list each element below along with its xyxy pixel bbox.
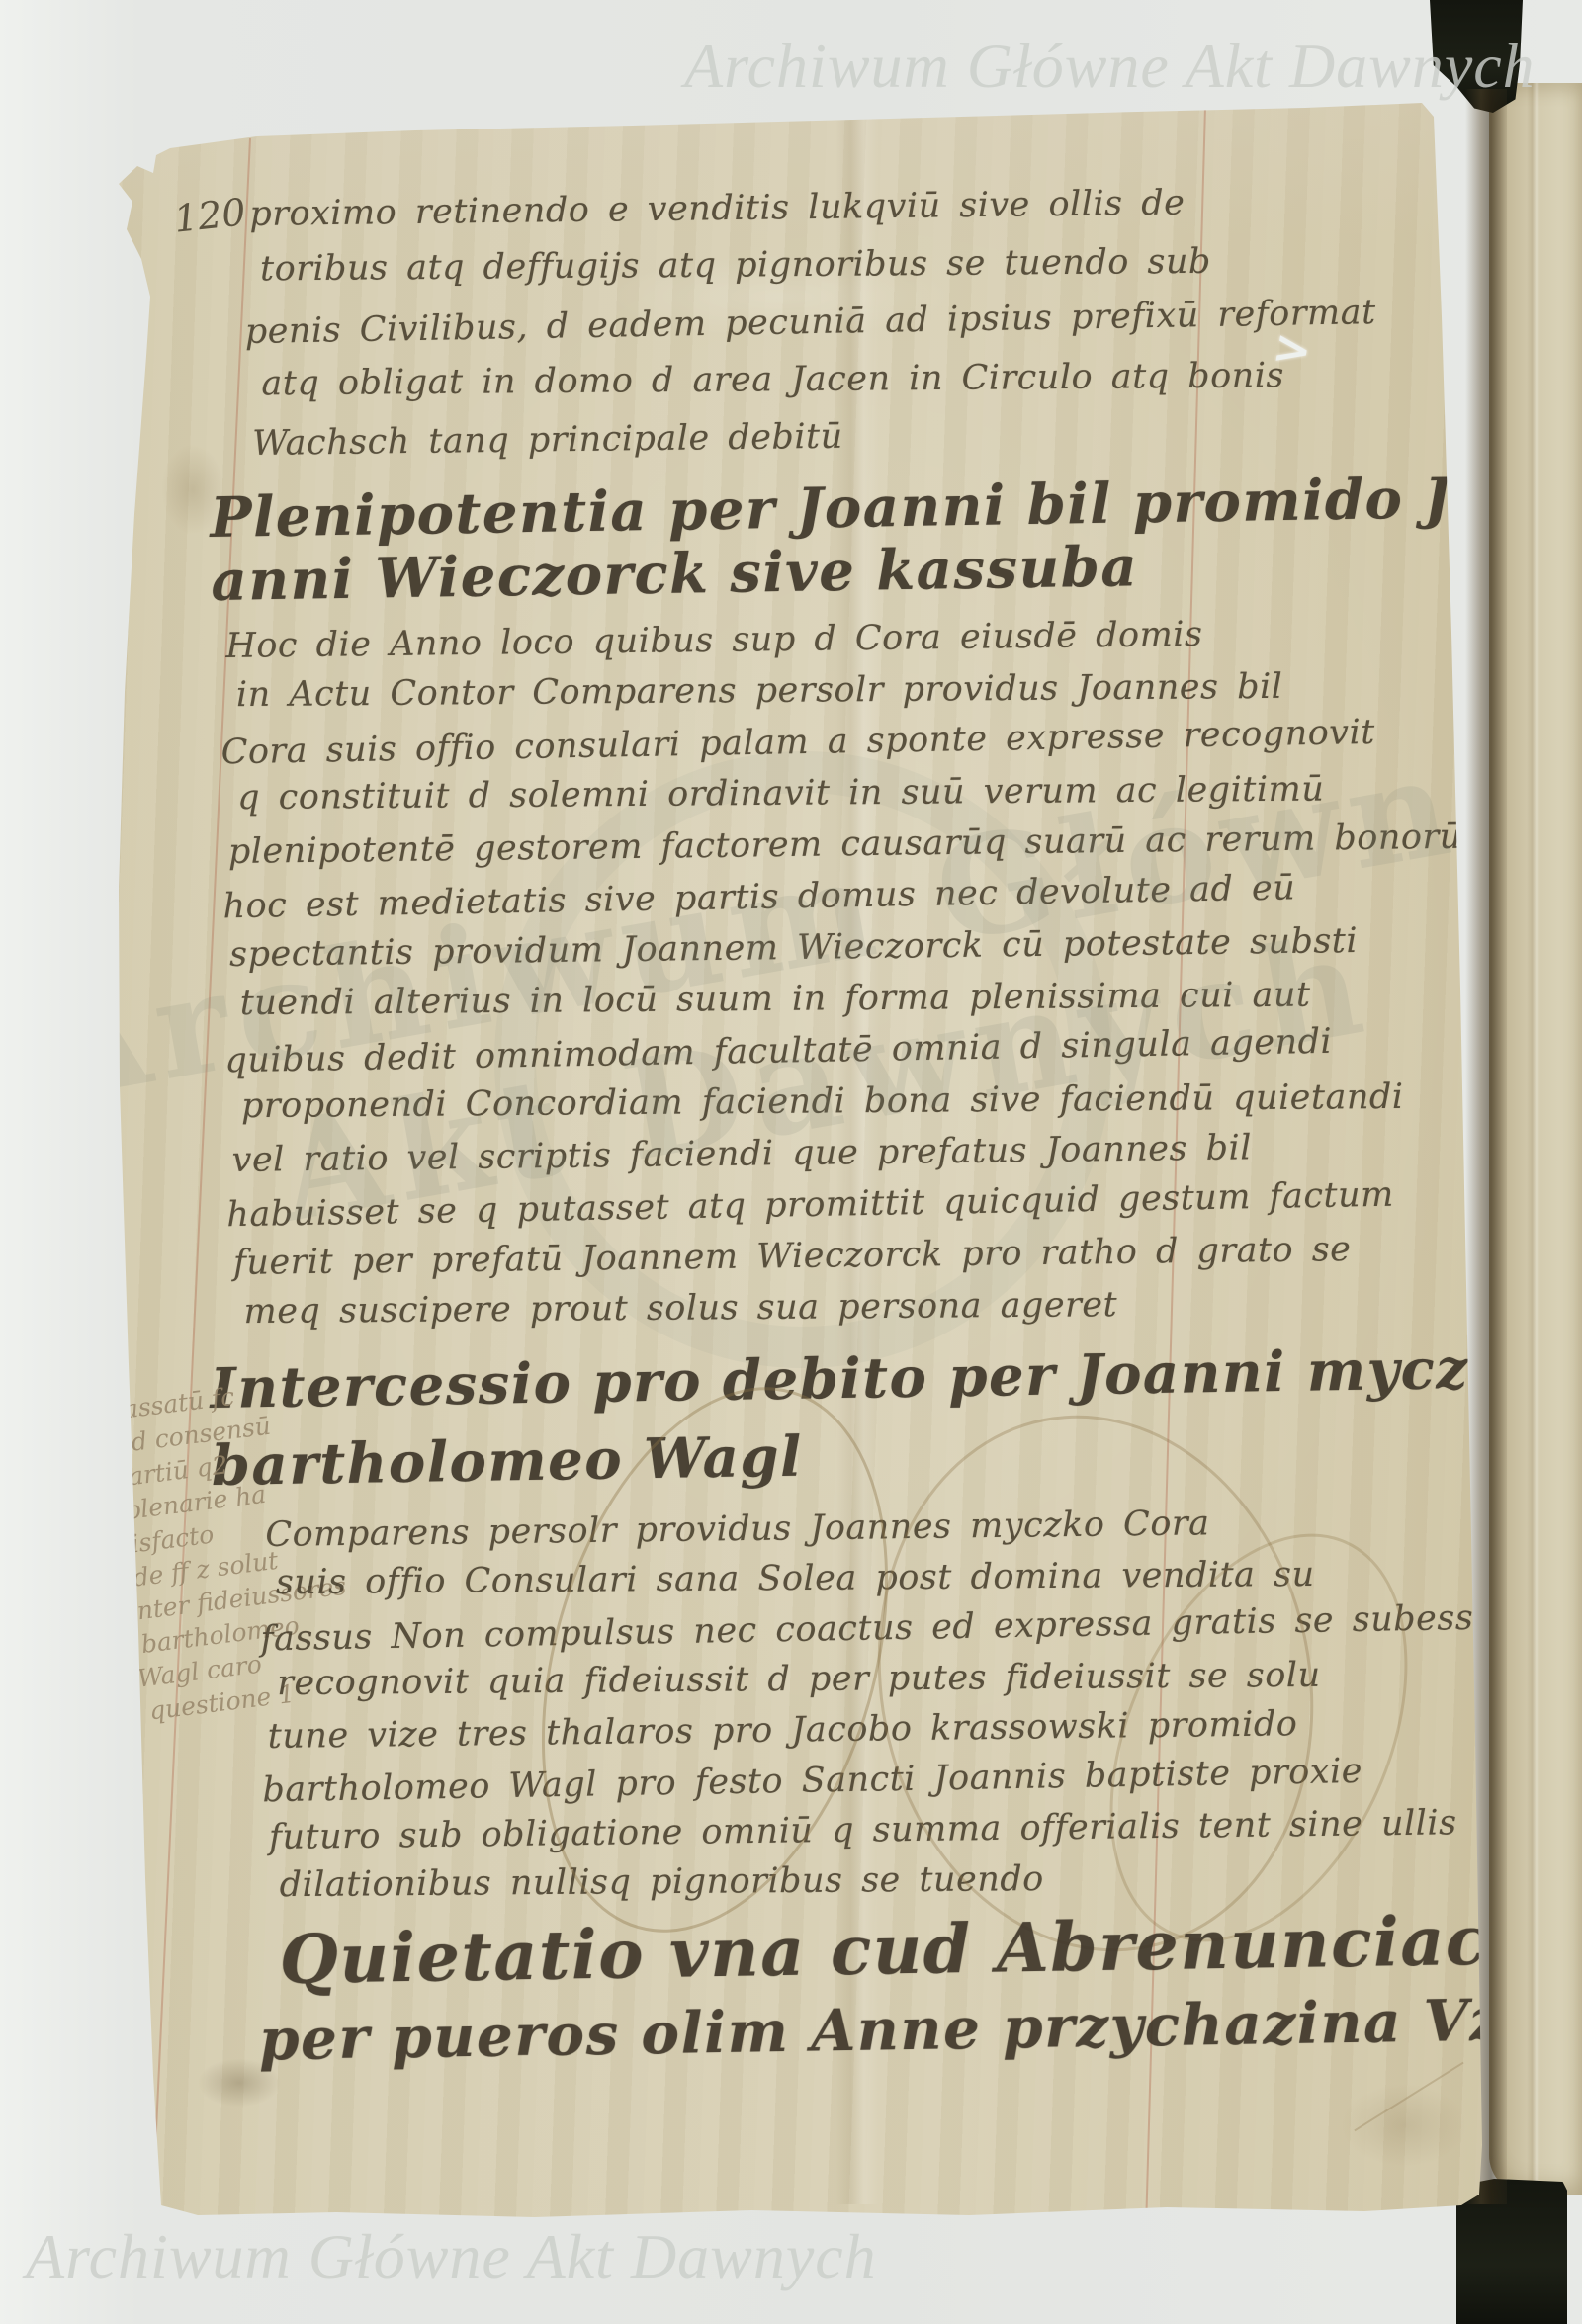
manuscript-page: Archiwum Główne Akt Dawnych 120 proximo … <box>0 0 1582 2324</box>
paper-stain <box>1315 2066 1493 2185</box>
ghost-watermark: Archiwum Główne Akt Dawnych <box>171 367 1450 1630</box>
archive-watermark-bottom: Archiwum Główne Akt Dawnych <box>26 2220 877 2293</box>
entry-heading-quietatio: Quietatio vna cud Abrenunciacioeper puer… <box>279 1893 1582 2074</box>
scanned-document-canvas: Archiwum Główne Akt Dawnych 120 proximo … <box>0 0 1582 2324</box>
adjacent-page-crease <box>1527 83 1540 2195</box>
archive-watermark-top: Archiwum Główne Akt Dawnych <box>684 30 1536 103</box>
page-number: 120 <box>172 190 248 240</box>
